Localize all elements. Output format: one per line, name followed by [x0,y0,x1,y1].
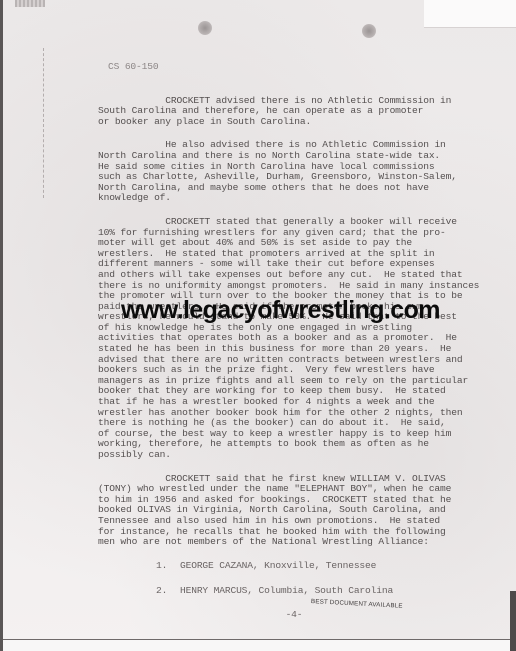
wrestler-list: 1.GEORGE CAZANA, Knoxville, Tennessee 2.… [98,561,510,597]
list-item-number: 2. [156,586,180,597]
list-item-number: 1. [156,561,180,572]
scan-bottom-edge [3,639,516,651]
margin-line [43,48,45,198]
paragraph-2: He also advised there is no Athletic Com… [98,140,510,204]
list-item-text: GEORGE CAZANA, Knoxville, Tennessee [180,560,376,571]
scan-top-right-sheet [424,0,516,28]
punch-hole-icon [362,24,376,38]
scan-shadow [510,591,516,651]
page-number: -4- [78,610,510,621]
list-item: 2.HENRY MARCUS, Columbia, South Carolina [98,586,510,597]
paragraph-3: CROCKETT stated that generally a booker … [98,217,510,461]
file-number: CS 60-150 [98,62,510,73]
scan-left-edge [0,0,3,651]
punch-hole-icon [198,21,212,35]
scanned-document-page: CS 60-150 CROCKETT advised there is no A… [0,0,516,651]
list-item: 1.GEORGE CAZANA, Knoxville, Tennessee [98,561,510,572]
scan-corner-mark [15,0,45,7]
list-item-text: HENRY MARCUS, Columbia, South Carolina [180,585,393,596]
document-body: CS 60-150 CROCKETT advised there is no A… [98,62,510,621]
paragraph-1: CROCKETT advised there is no Athletic Co… [98,96,510,128]
paragraph-4: CROCKETT said that he first knew WILLIAM… [98,474,510,548]
watermark: www.legacyofwrestling.com [121,296,440,325]
